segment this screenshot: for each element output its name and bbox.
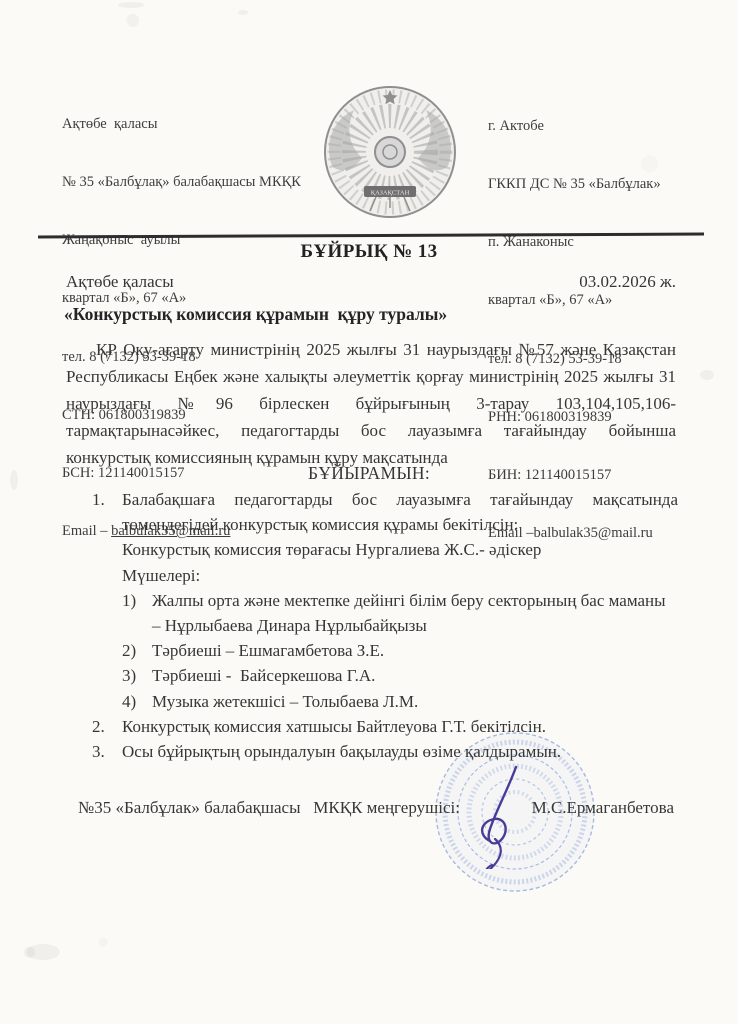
item-number: 1.: [92, 487, 122, 512]
item-number: 2): [122, 638, 152, 663]
order-items-list: 1. Балабақшаға педагогтарды бос лауазымғ…: [66, 487, 678, 764]
scan-artifact: [10, 470, 18, 490]
list-item: Мүшелері:: [122, 563, 678, 588]
scan-artifact: [700, 370, 714, 380]
order-title: БҰЙРЫҚ № 13: [0, 241, 738, 263]
org-name-ru: ГККП ДС № 35 «Балбұлак»: [488, 175, 723, 194]
item-number: 2.: [92, 714, 122, 739]
item-number: 3): [122, 663, 152, 688]
kazakhstan-state-emblem: ҚАЗАҚСТАН: [320, 82, 460, 228]
item-number: 4): [122, 689, 152, 714]
item-text: Мүшелері:: [122, 563, 678, 588]
scan-artifact: [238, 10, 248, 15]
handwritten-signature: [462, 763, 536, 869]
item-text: Осы бұйрықтың орындалуын бақылауды өзіме…: [122, 739, 678, 764]
city-date-row: Ақтөбе қаласы 03.02.2026 ж.: [66, 272, 676, 292]
list-item: 2. Конкурстық комиссия хатшысы Байтлеуов…: [66, 714, 678, 739]
signature-row: №35 «Балбұлак» балабақшасы МКҚК меңгеруш…: [78, 798, 674, 818]
item-text: Конкурстық комиссия хатшысы Байтлеуова Г…: [122, 714, 678, 739]
item-text: Тәрбиеші – Ешмагамбетова З.Е.: [152, 638, 678, 663]
org-city-ru: г. Актобе: [488, 117, 723, 136]
list-item: 1. Балабақшаға педагогтарды бос лауазымғ…: [66, 487, 678, 537]
signatory-position-label: №35 «Балбұлак» балабақшасы МКҚК меңгеруш…: [78, 798, 460, 818]
list-item: 3. Осы бұйрықтың орындалуын бақылауды өз…: [66, 739, 678, 764]
item-text: Балабақшаға педагогтарды бос лауазымға т…: [122, 487, 678, 537]
list-item: 4) Музыка жетекшісі – Толыбаева Л.М.: [66, 689, 678, 714]
order-preamble: ҚР Оқу-ағарту министрінің 2025 жылғы 31 …: [66, 336, 676, 471]
item-text: Жалпы орта және мектепке дейінгі білім б…: [152, 588, 678, 638]
item-text: Тәрбиеші - Байсеркешова Г.А.: [152, 663, 678, 688]
list-item: 1) Жалпы орта және мектепке дейінгі білі…: [66, 588, 678, 638]
emblem-caption: ҚАЗАҚСТАН: [371, 190, 410, 197]
list-item: Конкурстық комиссия төрағасы Нургалиева …: [122, 537, 678, 562]
scanned-order-document: Ақтөбе қаласы № 35 «Балбұлақ» балабақшас…: [0, 0, 738, 1024]
item-text: Конкурстық комиссия төрағасы Нургалиева …: [122, 537, 678, 562]
signatory-name: М.С.Ермаганбетова: [532, 798, 674, 818]
order-subject: «Конкурстық комиссия құрамын құру туралы…: [64, 304, 447, 325]
item-number: 3.: [92, 739, 122, 764]
issue-city: Ақтөбе қаласы: [66, 272, 174, 292]
item-text: Музыка жетекшісі – Толыбаева Л.М.: [152, 689, 678, 714]
resolve-word: БҰЙЫРАМЫН:: [0, 463, 738, 484]
list-item: 2) Тәрбиеші – Ешмагамбетова З.Е.: [66, 638, 678, 663]
issue-date: 03.02.2026 ж.: [579, 272, 676, 292]
scan-artifact: [26, 944, 60, 960]
item-number: 1): [122, 588, 152, 613]
org-address-ru: квартал «Б», 67 «А»: [488, 291, 723, 310]
list-item: 3) Тәрбиеші - Байсеркешова Г.А.: [66, 663, 678, 688]
scan-artifact: [118, 2, 144, 8]
